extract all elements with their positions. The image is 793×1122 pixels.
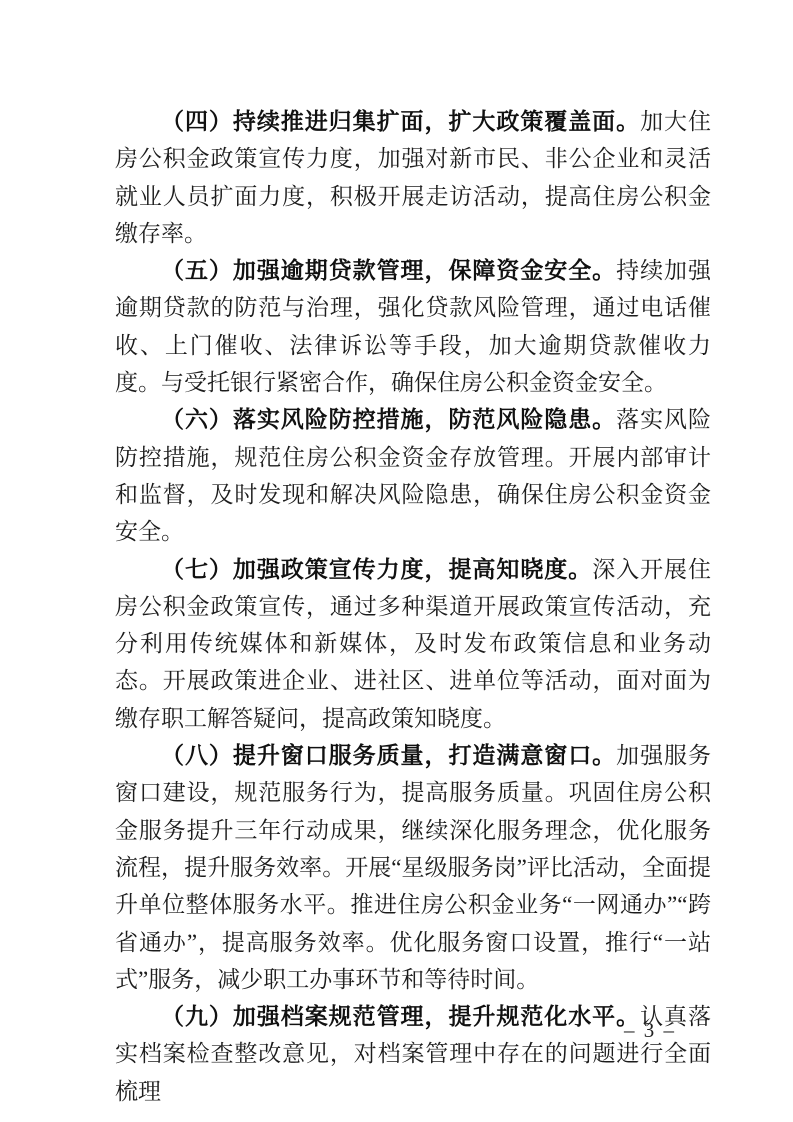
paragraph-section-8: （八）提升窗口服务质量，打造满意窗口。加强服务窗口建设，规范服务行为，提高服务质… <box>115 737 711 998</box>
section-5-heading: （五）加强逾期贷款管理，保障资金安全。 <box>161 258 616 283</box>
section-8-body: 加强服务窗口建设，规范服务行为，提高服务质量。巩固住房公积金服务提升三年行动成果… <box>115 743 711 992</box>
page-number: – 3 – <box>624 1018 676 1042</box>
document-body: （四）持续推进归集扩面，扩大政策覆盖面。加大住房公积金政策宣传力度，加强对新市民… <box>115 103 711 1110</box>
section-6-heading: （六）落实风险防控措施，防范风险隐患。 <box>161 407 616 432</box>
section-4-heading: （四）持续推进归集扩面，扩大政策覆盖面。 <box>161 109 640 134</box>
section-7-body: 深入开展住房公积金政策宣传，通过多种渠道开展政策宣传活动，充分利用传统媒体和新媒… <box>115 557 711 731</box>
paragraph-section-5: （五）加强逾期贷款管理，保障资金安全。持续加强逾期贷款的防范与治理，强化贷款风险… <box>115 252 711 401</box>
section-7-heading: （七）加强政策宣传力度，提高知晓度。 <box>161 557 592 582</box>
document-page: （四）持续推进归集扩面，扩大政策覆盖面。加大住房公积金政策宣传力度，加强对新市民… <box>0 0 793 1122</box>
paragraph-section-6: （六）落实风险防控措施，防范风险隐患。落实风险防控措施，规范住房公积金资金存放管… <box>115 401 711 550</box>
paragraph-section-9: （九）加强档案规范管理，提升规范化水平。认真落实档案检查整改意见，对档案管理中存… <box>115 998 711 1110</box>
paragraph-section-4: （四）持续推进归集扩面，扩大政策覆盖面。加大住房公积金政策宣传力度，加强对新市民… <box>115 103 711 252</box>
paragraph-section-7: （七）加强政策宣传力度，提高知晓度。深入开展住房公积金政策宣传，通过多种渠道开展… <box>115 551 711 737</box>
section-9-heading: （九）加强档案规范管理，提升规范化水平。 <box>161 1004 640 1029</box>
section-8-heading: （八）提升窗口服务质量，打造满意窗口。 <box>161 743 616 768</box>
